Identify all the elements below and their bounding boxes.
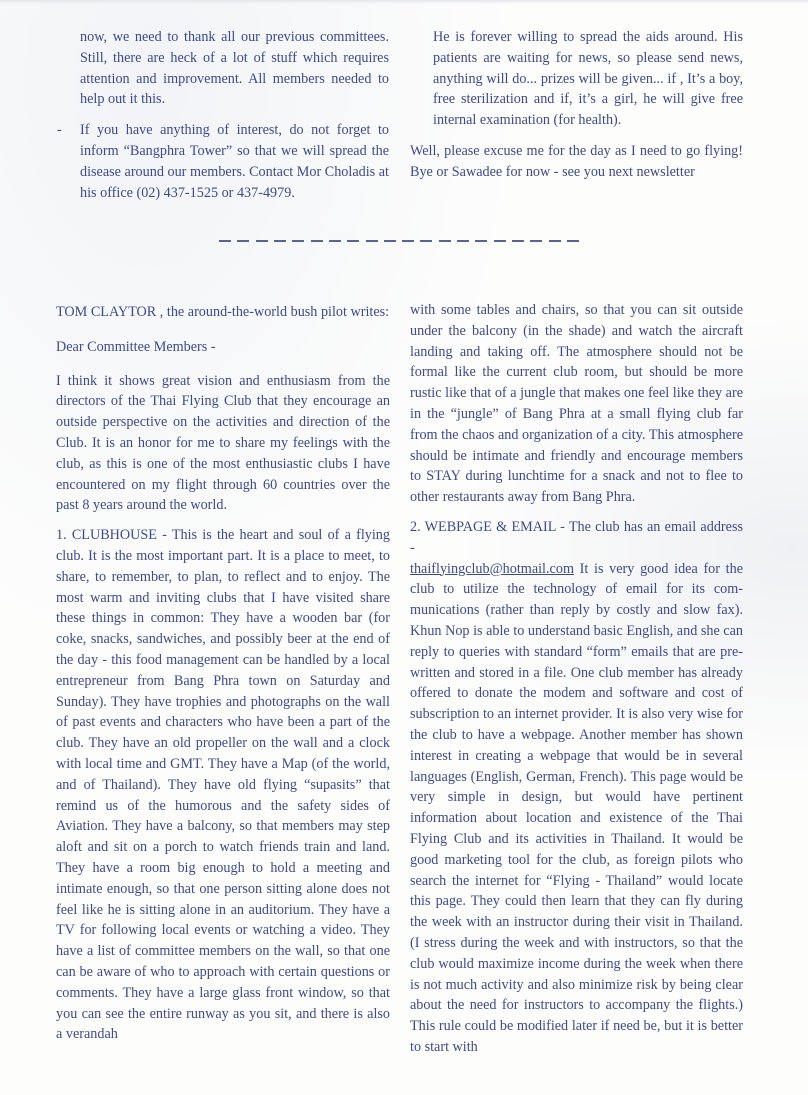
top-left-column: now, we need to thank all our previous c…: [80, 27, 389, 213]
letter-left-column: TOM CLAYTOR , the around-the-world bush …: [56, 302, 390, 1054]
divider-dash: [457, 240, 469, 242]
bullet-item-bangphra-tower: - If you have anything of interest, do n…: [80, 120, 389, 203]
divider-dash: [311, 240, 323, 242]
continued-paragraph-committees: now, we need to thank all our previous c…: [80, 27, 389, 110]
divider-dash: [420, 240, 432, 242]
divider-dash: [512, 240, 524, 242]
continued-paragraph-aids: He is forever willing to spread the aids…: [410, 27, 743, 131]
divider-dash: [219, 240, 231, 242]
newsletter-page: now, we need to thank all our previous c…: [0, 0, 808, 1095]
divider-dash: [274, 240, 286, 242]
bullet-text: If you have anything of interest, do not…: [80, 122, 389, 200]
top-right-column: He is forever willing to spread the aids…: [410, 27, 743, 193]
webpage-email-paragraph: 2. WEBPAGE & EMAIL - The club has an ema…: [410, 517, 743, 1058]
clubhouse-paragraph-continued: with some tables and chairs, so that you…: [410, 300, 743, 508]
divider-dash: [549, 240, 561, 242]
letter-salutation: Dear Committee Members -: [56, 337, 390, 358]
divider-dash: [567, 240, 579, 242]
letter-right-column: with some tables and chairs, so that you…: [410, 300, 743, 1058]
letter-opening-paragraph: I think it shows great vision and enthus…: [56, 371, 390, 517]
divider-dash: [292, 240, 304, 242]
divider-dash: [494, 240, 506, 242]
closing-paragraph: Well, please excuse me for the day as I …: [410, 141, 743, 183]
divider-dash: [237, 240, 249, 242]
divider-dash: [384, 240, 396, 242]
divider-dash: [439, 240, 451, 242]
divider-dash: [329, 240, 341, 242]
page-top-edge: [0, 0, 808, 4]
letter-intro: TOM CLAYTOR , the around-the-world bush …: [56, 302, 390, 323]
section-divider: [219, 240, 579, 243]
clubhouse-paragraph: 1. CLUBHOUSE - This is the heart and sou…: [56, 525, 390, 1045]
webpage-email-heading: 2. WEBPAGE & EMAIL - The club has an ema…: [410, 519, 743, 556]
divider-dash: [366, 240, 378, 242]
divider-dash: [475, 240, 487, 242]
email-link[interactable]: thaiflyingclub@hotmail.com: [410, 561, 574, 577]
bullet-dash: -: [57, 120, 62, 141]
divider-dash: [402, 240, 414, 242]
divider-dash: [256, 240, 268, 242]
divider-dash: [530, 240, 542, 242]
divider-dash: [347, 240, 359, 242]
webpage-email-body: It is very good idea for the club to uti…: [410, 561, 743, 1055]
